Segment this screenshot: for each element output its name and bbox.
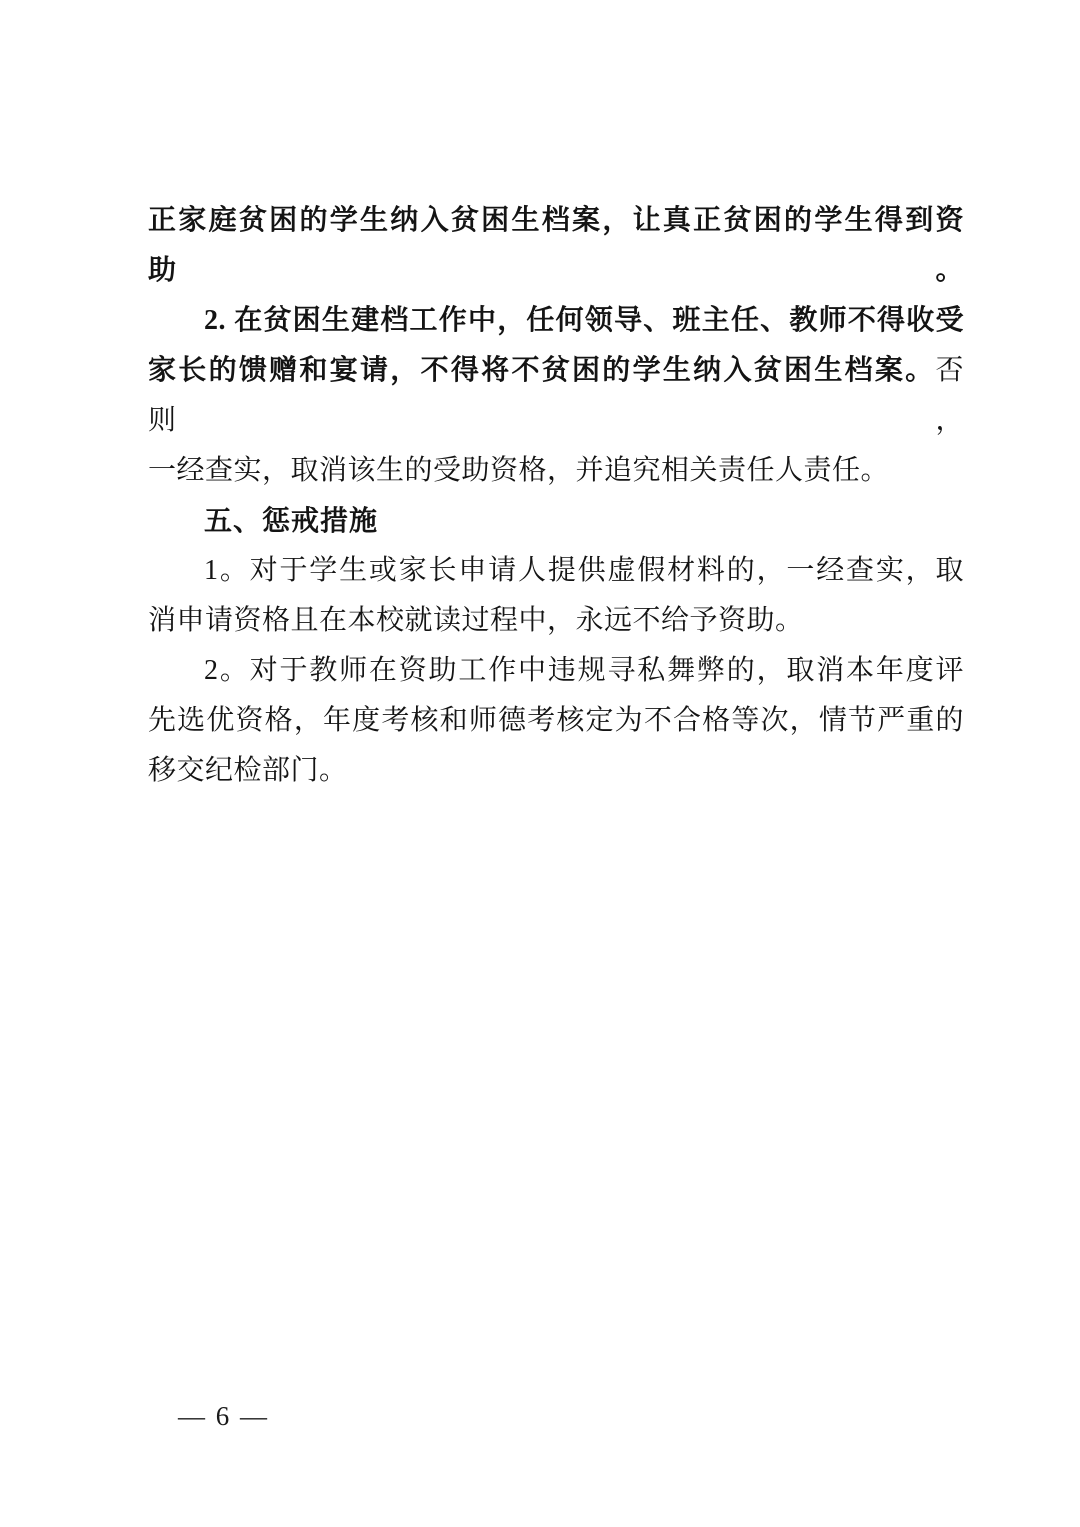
text-line: 1。对于学生或家长申请人提供虚假材料的，一经查实，取 [148,546,964,596]
text-line: 一经查实，取消该生的受助资格，并追究相关责任人责任。 [148,446,964,496]
text-run: 一经查实，取消该生的受助资格，并追究相关责任人责任。 [148,455,889,486]
text-line: 正家庭贫困的学生纳入贫困生档案，让真正贫困的学生得到资助。 [148,196,964,296]
text-run: 家长的馈赠和宴请，不得将不贫困的学生纳入贫困生档案。 [148,355,935,386]
text-line: 家长的馈赠和宴请，不得将不贫困的学生纳入贫困生档案。否则， [148,346,964,446]
document-page: 正家庭贫困的学生纳入贫困生档案，让真正贫困的学生得到资助。2. 在贫困生建档工作… [0,0,1080,1527]
text-run: 五、惩戒措施 [204,505,378,536]
text-run: 消申请资格且在本校就读过程中，永远不给予资助。 [148,605,804,636]
text-line: 2. 在贫困生建档工作中，任何领导、班主任、教师不得收受 [148,296,964,346]
text-run: 1。对于学生或家长申请人提供虚假材料的，一经查实，取 [204,555,964,586]
text-run: 移交纪检部门。 [148,755,348,786]
text-line: 2。对于教师在资助工作中违规寻私舞弊的，取消本年度评 [148,646,964,696]
text-run: 先选优资格，年度考核和师德考核定为不合格等次，情节严重的 [148,705,964,736]
text-line: 先选优资格，年度考核和师德考核定为不合格等次，情节严重的 [148,696,964,746]
text-run: 2。对于教师在资助工作中违规寻私舞弊的，取消本年度评 [204,655,964,686]
section-heading: 五、惩戒措施 [148,496,964,546]
text-run: 2. 在贫困生建档工作中，任何领导、班主任、教师不得收受 [204,305,964,336]
text-run: 正家庭贫困的学生纳入贫困生档案，让真正贫困的学生得到资助。 [148,205,964,286]
text-line: 移交纪检部门。 [148,746,964,796]
page-number: — 6 — [178,1400,267,1432]
document-body: 正家庭贫困的学生纳入贫困生档案，让真正贫困的学生得到资助。2. 在贫困生建档工作… [148,196,964,796]
text-line: 消申请资格且在本校就读过程中，永远不给予资助。 [148,596,964,646]
